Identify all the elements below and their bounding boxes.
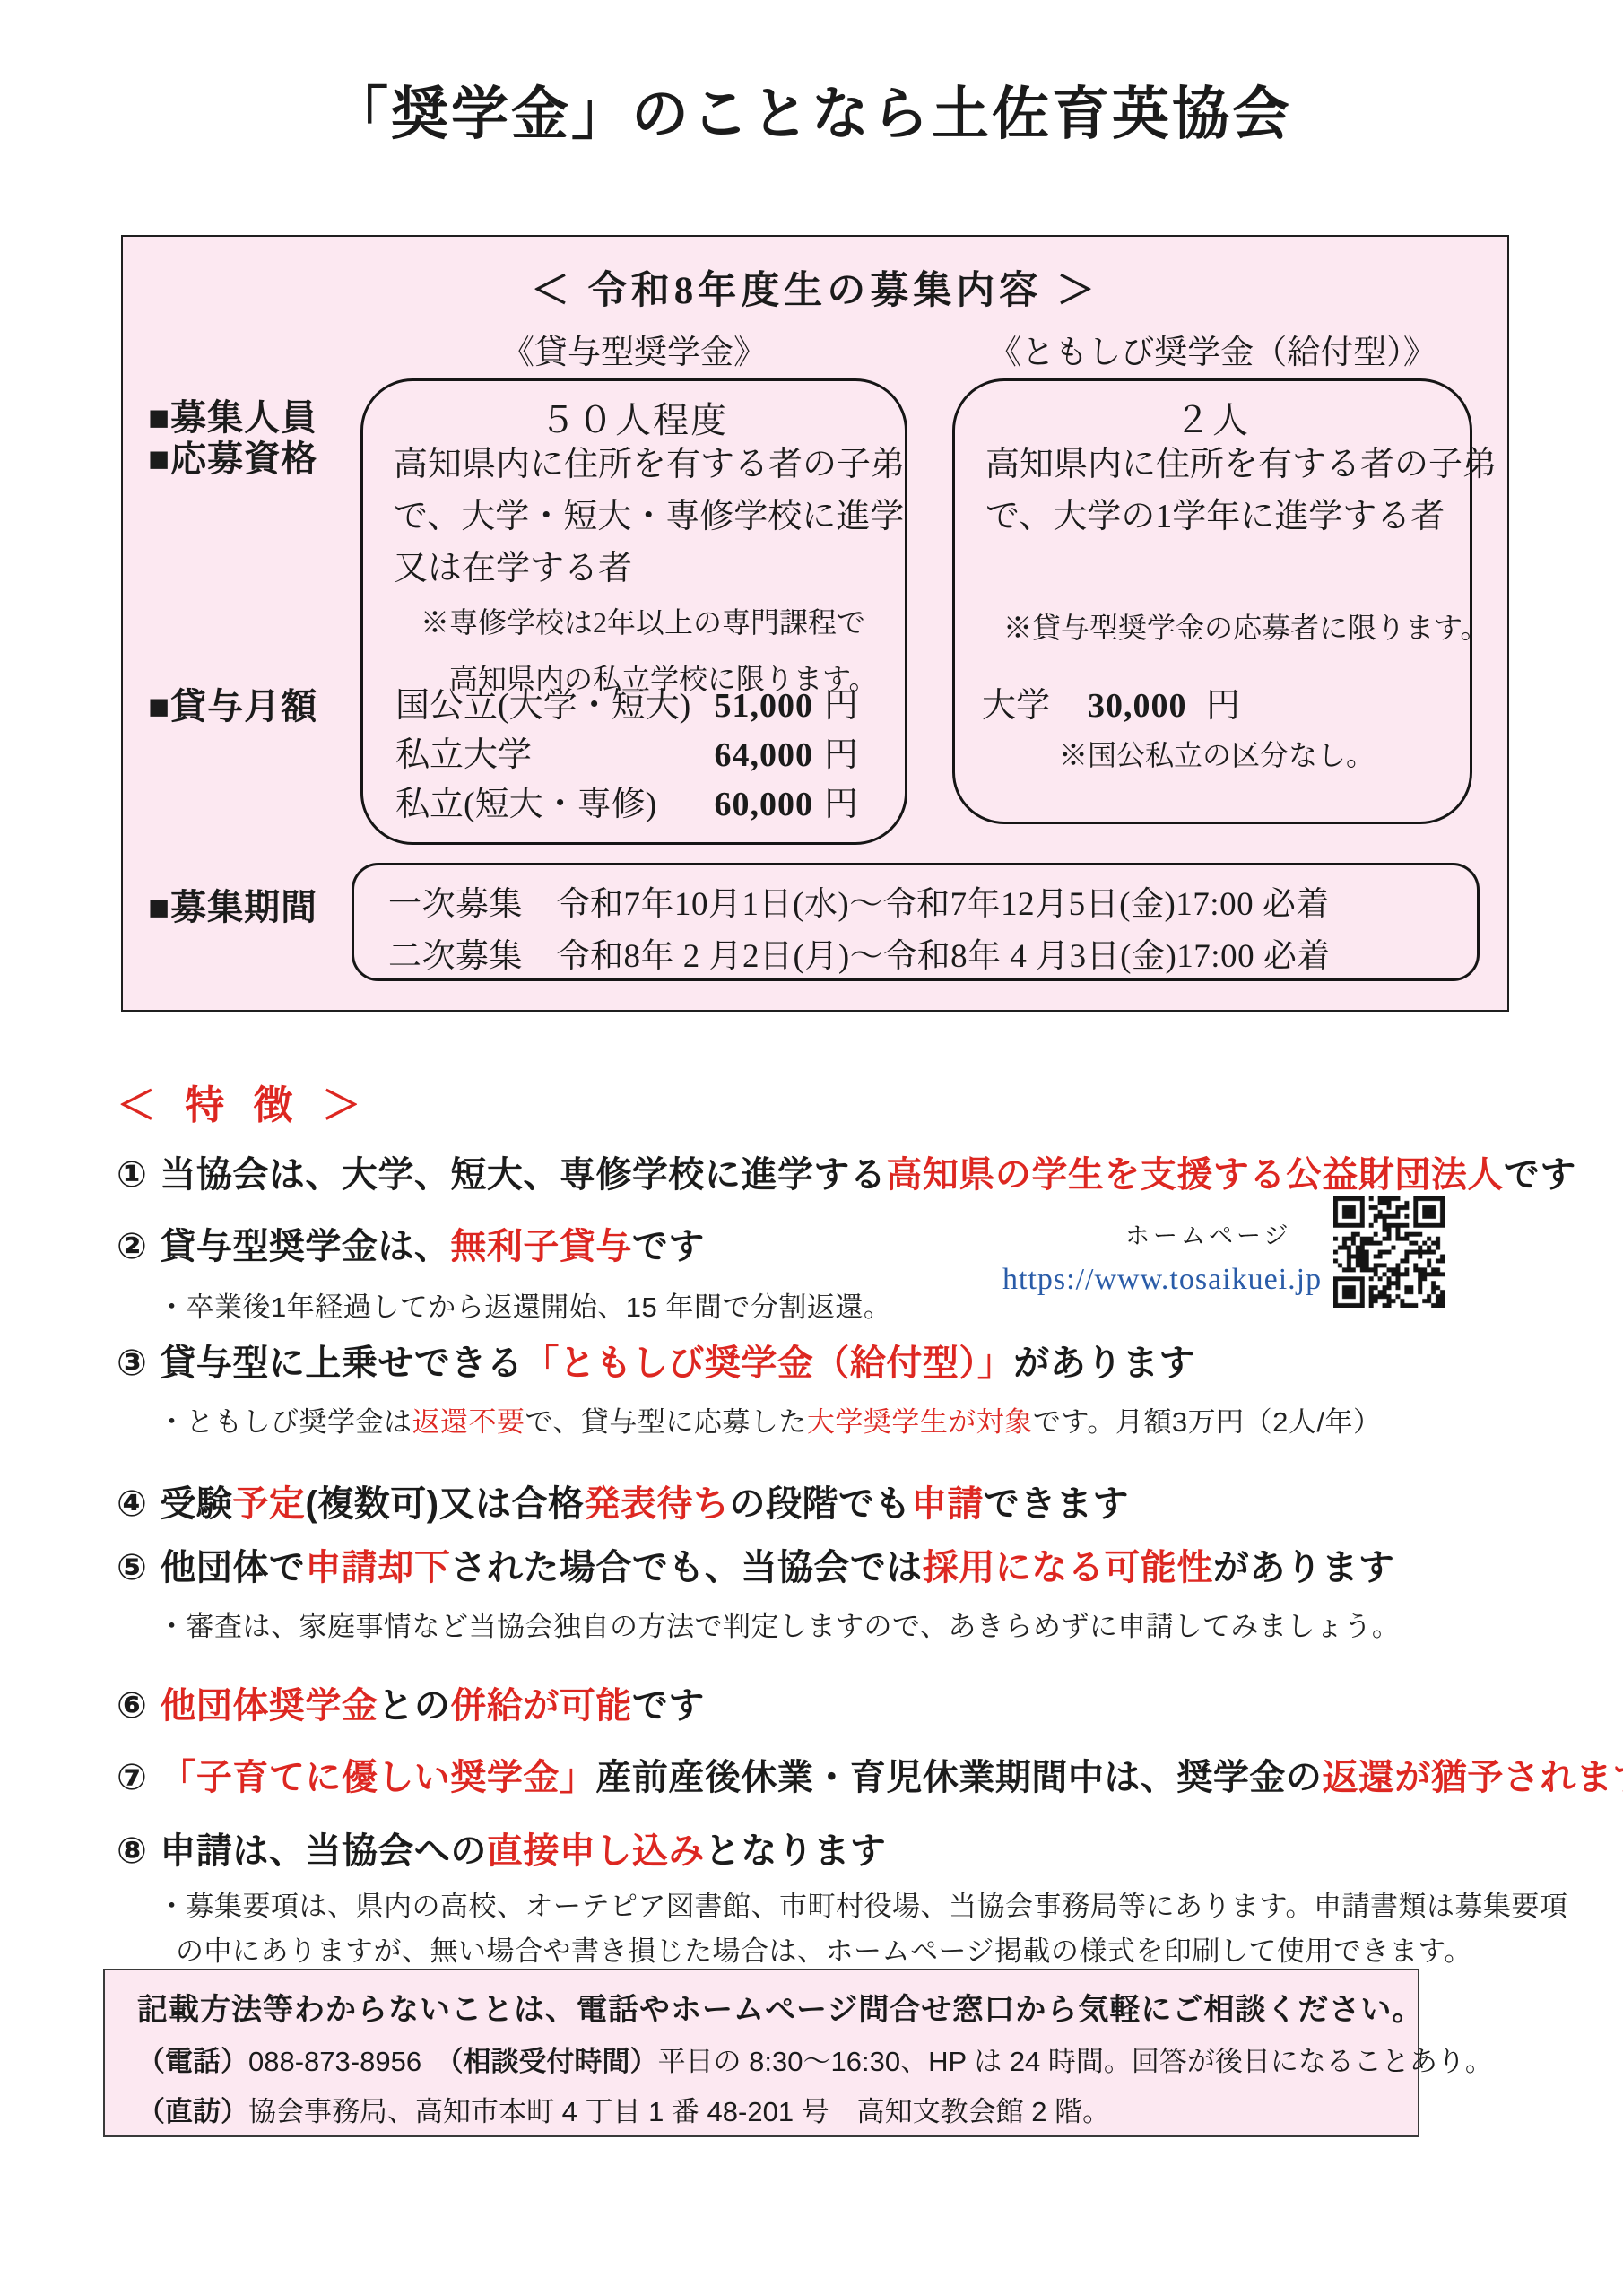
homepage-label: ホームページ	[1125, 1216, 1291, 1251]
loan-amounts: 国公立(大学・短大) 51,000 円 私立大学 64,000 円 私立(短大・…	[363, 677, 905, 825]
loan-eligibility-line-3: 又は在学する者	[394, 543, 905, 595]
feature-number: ①	[117, 1155, 147, 1195]
grant-capacity: ２人	[955, 392, 1470, 443]
feature-sub-2: ・卒業後1年経過してから返還開始、15 年間で分割返還。	[117, 1284, 891, 1325]
page-title: 「奨学金」のことなら土佐育英協会	[0, 68, 1623, 151]
feature-number: ⑧	[117, 1831, 147, 1871]
period-second-round: 二次募集 令和8年 2 月2日(月)～令和8年 4 月3日(金)17:00 必着	[388, 928, 1331, 977]
feature-text: 「子育てに優しい奨学金」産前産後休業・育児休業期間中は、奨学金の返還が猶予されま…	[160, 1758, 1623, 1797]
amount-label: 国公立(大学・短大)	[395, 677, 690, 726]
loan-amount-row-national: 国公立(大学・短大) 51,000 円	[363, 677, 905, 726]
feature-item-6: ⑥他団体奨学金との併給が可能です	[117, 1677, 705, 1728]
feature-text: 受験予定(複数可)又は合格発表待ちの段階でも申請できます	[160, 1484, 1129, 1524]
feature-text: 当協会は、大学、短大、専修学校に進学する高知県の学生を支援する公益財団法人です	[160, 1155, 1576, 1195]
feature-sub-3: ・ともしび奨学金は返還不要で、貸与型に応募した大学奨学生が対象です。月額3万円（…	[117, 1399, 1382, 1439]
row-label-period: ■募集期間	[148, 879, 317, 930]
grant-eligibility-line-2: で、大学の1学年に進学する者	[985, 491, 1497, 543]
amount-value: 64,000	[714, 735, 813, 775]
qr-code-icon	[1333, 1196, 1445, 1308]
grant-amount-note: ※国公私立の区分なし。	[1059, 733, 1375, 774]
loan-eligibility: 高知県内に住所を有する者の子弟 で、大学・短大・専修学校に進学 又は在学する者	[394, 439, 905, 595]
column-header-loan: 《貸与型奨学金》	[360, 325, 907, 373]
row-label-monthly-amount: ■貸与月額	[148, 678, 317, 729]
feature-item-8: ⑧申請は、当協会への直接申し込みとなります	[117, 1822, 886, 1874]
contact-heading: 記載方法等わからないことは、電話やホームページ問合せ窓口から気軽にご相談ください…	[137, 1985, 1423, 2029]
loan-amount-row-private-other: 私立(短大・専修) 60,000 円	[363, 776, 905, 825]
feature-sub-5: ・審査は、家庭事情など当協会独自の方法で判定しますので、あきらめずに申請してみま…	[117, 1604, 1400, 1644]
feature-item-1: ①当協会は、大学、短大、専修学校に進学する高知県の学生を支援する公益財団法人です	[117, 1146, 1576, 1197]
feature-text: 他団体で申請却下された場合でも、当協会では採用になる可能性があります	[160, 1548, 1394, 1587]
amount-value: 30,000	[1088, 687, 1187, 725]
homepage-url[interactable]: https://www.tosaikuei.jp	[1002, 1263, 1322, 1297]
flyer-page: 「奨学金」のことなら土佐育英協会 ＜ 令和8年度生の募集内容 ＞ 《貸与型奨学金…	[0, 0, 1623, 2296]
period-capsule: 一次募集 令和7年10月1日(水)～令和7年12月5日(金)17:00 必着 二…	[352, 863, 1480, 981]
loan-amount-row-private-univ: 私立大学 64,000 円	[363, 726, 905, 776]
period-first-round: 一次募集 令和7年10月1日(水)～令和7年12月5日(金)17:00 必着	[388, 876, 1330, 925]
loan-capacity: ５０人程度	[363, 392, 905, 443]
feature-sub-8b: の中にありますが、無い場合や書き損じた場合は、ホームページ掲載の様式を印刷して使…	[117, 1928, 1472, 1969]
amount-label: 私立(短大・専修)	[395, 776, 656, 825]
feature-number: ⑤	[117, 1548, 147, 1587]
amount-value: 51,000	[714, 686, 813, 726]
feature-item-7: ⑦「子育てに優しい奨学金」産前産後休業・育児休業期間中は、奨学金の返還が猶予され…	[117, 1749, 1623, 1800]
feature-text: 申請は、当協会への直接申し込みとなります	[160, 1831, 886, 1871]
loan-eligibility-line-2: で、大学・短大・専修学校に進学	[394, 491, 905, 543]
features-heading: ＜ 特 徴 ＞	[117, 1073, 370, 1130]
feature-number: ④	[117, 1484, 147, 1524]
feature-number: ②	[117, 1227, 147, 1266]
grant-note-line-1: ※貸与型奨学金の応募者に限ります。	[1003, 600, 1488, 657]
feature-sub-8a: ・募集要項は、県内の高校、オーテピア図書館、市町村役場、当協会事務局等にあります…	[117, 1883, 1568, 1924]
recruit-box-heading: ＜ 令和8年度生の募集内容 ＞	[123, 260, 1507, 315]
feature-text: 貸与型奨学金は、無利子貸与です	[160, 1227, 705, 1266]
recruit-box: ＜ 令和8年度生の募集内容 ＞ 《貸与型奨学金》 《ともしび奨学金（給付型）》 …	[121, 235, 1509, 1012]
contact-visit-line: （直訪）協会事務局、高知市本町 4 丁目 1 番 48-201 号 高知文教会館…	[137, 2089, 1110, 2129]
grant-eligibility-line-1: 高知県内に住所を有する者の子弟	[985, 439, 1497, 491]
feature-text: 貸与型に上乗せできる「ともしび奨学金（給付型）」があります	[160, 1344, 1195, 1383]
grant-eligibility: 高知県内に住所を有する者の子弟 で、大学の1学年に進学する者	[985, 439, 1497, 543]
feature-text: 他団体奨学金との併給が可能です	[160, 1686, 705, 1726]
feature-number: ⑥	[117, 1686, 147, 1726]
amount-unit: 円	[824, 776, 858, 825]
feature-item-2: ②貸与型奨学金は、無利子貸与です	[117, 1218, 705, 1269]
amount-unit: 円	[824, 726, 858, 776]
amount-value: 60,000	[714, 785, 813, 824]
feature-number: ③	[117, 1344, 147, 1383]
loan-eligibility-line-1: 高知県内に住所を有する者の子弟	[394, 439, 905, 491]
feature-item-4: ④受験予定(複数可)又は合格発表待ちの段階でも申請できます	[117, 1475, 1129, 1526]
contact-box: 記載方法等わからないことは、電話やホームページ問合せ窓口から気軽にご相談ください…	[103, 1969, 1419, 2137]
amount-label: 大学	[982, 687, 1050, 725]
grant-amount-row: 大学30,000 円	[982, 677, 1240, 726]
feature-number: ⑦	[117, 1758, 147, 1797]
amount-unit: 円	[824, 677, 858, 726]
amount-label: 私立大学	[395, 726, 532, 776]
column-header-grant: 《ともしび奨学金（給付型）》	[934, 325, 1490, 373]
feature-item-3: ③貸与型に上乗せできる「ともしび奨学金（給付型）」があります	[117, 1335, 1195, 1386]
loan-capsule: ５０人程度 高知県内に住所を有する者の子弟 で、大学・短大・専修学校に進学 又は…	[360, 378, 907, 845]
row-label-eligibility: ■応募資格	[148, 430, 317, 482]
loan-note-line-1: ※専修学校は2年以上の専門課程で	[421, 595, 877, 651]
feature-item-5: ⑤他団体で申請却下された場合でも、当協会では採用になる可能性があります	[117, 1539, 1394, 1590]
grant-eligibility-note: ※貸与型奨学金の応募者に限ります。	[1003, 600, 1488, 657]
grant-capsule: ２人 高知県内に住所を有する者の子弟 で、大学の1学年に進学する者 ※貸与型奨学…	[952, 378, 1472, 824]
contact-phone-line: （電話）088-873-8956 （相談受付時間）平日の 8:30～16:30、…	[137, 2039, 1493, 2079]
amount-unit: 円	[1206, 687, 1240, 725]
